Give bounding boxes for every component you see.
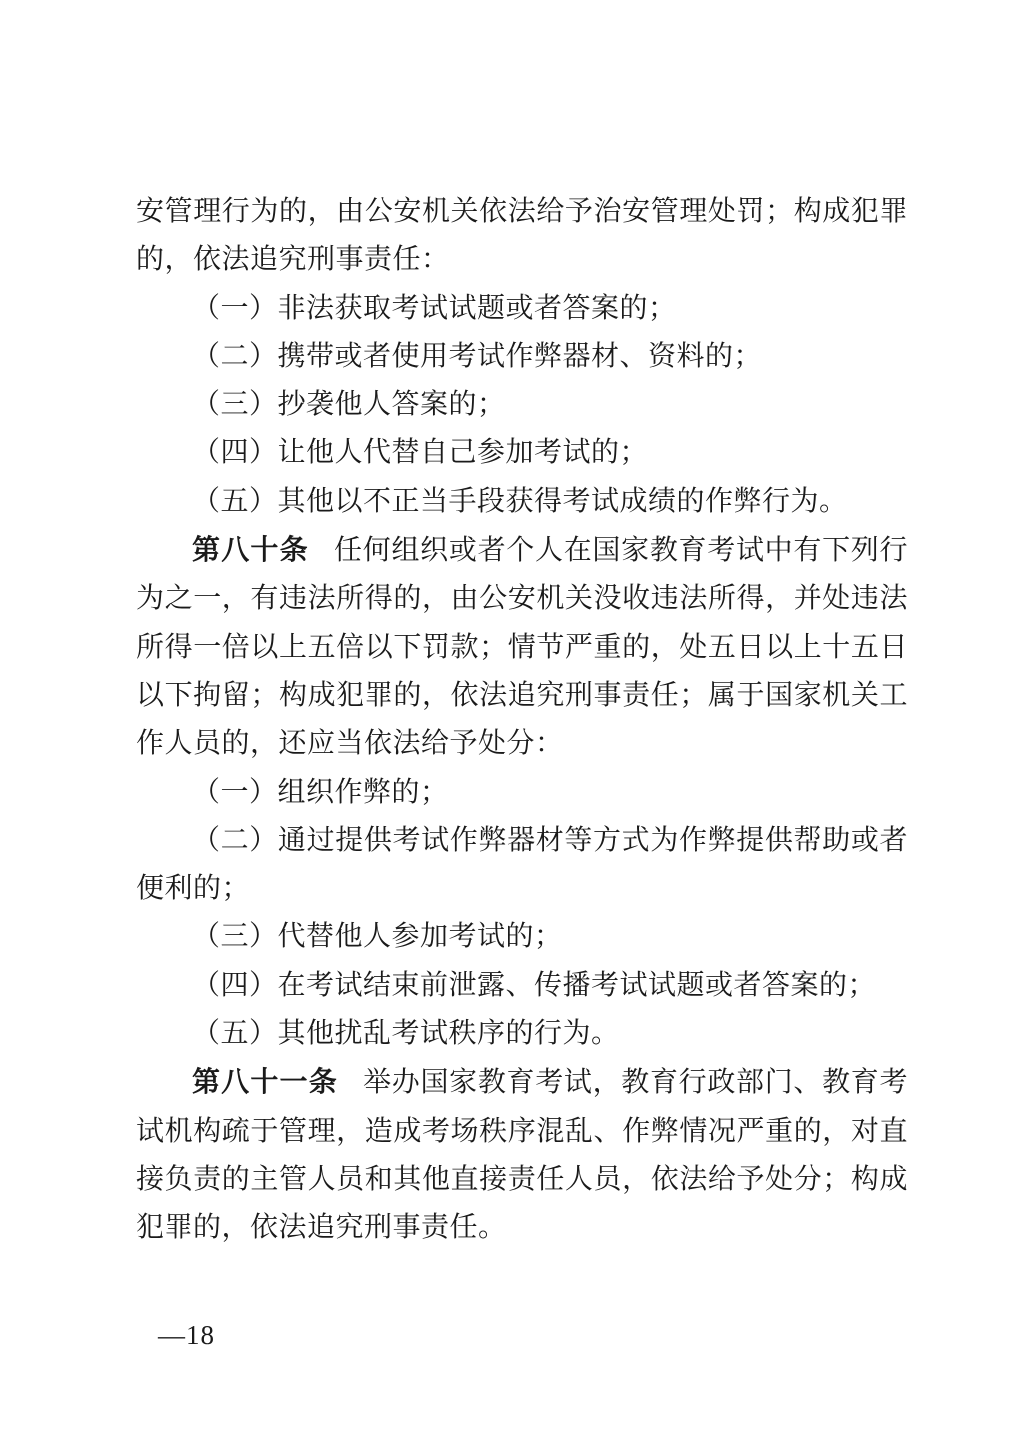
article-81-paragraph: 第八十一条举办国家教育考试，教育行政部门、教育考试机构疏于管理，造成考场秩序混乱… <box>136 1058 908 1252</box>
list-item-4: （四）让他人代替自己参加考试的； <box>136 429 908 477</box>
paragraph-text: （二）通过提供考试作弊器材等方式为作弊提供帮助或者便利的； <box>136 825 908 904</box>
article-80-paragraph: 第八十条任何组织或者个人在国家教育考试中有下列行为之一，有违法所得的，由公安机关… <box>136 526 908 768</box>
list-item-3: （三）抄袭他人答案的； <box>136 381 908 429</box>
page-number: —18 <box>158 1320 215 1351</box>
paragraph-text: （四）在考试结束前泄露、传播考试试题或者答案的； <box>192 970 876 1001</box>
list-item-5: （五）其他以不正当手段获得考试成绩的作弊行为。 <box>136 478 908 526</box>
list-item-2b: （二）通过提供考试作弊器材等方式为作弊提供帮助或者便利的； <box>136 817 908 914</box>
paragraph-text: （二）携带或者使用考试作弊器材、资料的； <box>192 341 762 372</box>
paragraph-text: （三）抄袭他人答案的； <box>192 389 506 420</box>
paragraph-text: （五）其他扰乱考试秩序的行为。 <box>192 1018 620 1049</box>
list-item-3b: （三）代替他人参加考试的； <box>136 913 908 961</box>
list-item-1: （一）非法获取考试试题或者答案的； <box>136 285 908 333</box>
list-item-1b: （一）组织作弊的； <box>136 769 908 817</box>
paragraph-continuation: 安管理行为的，由公安机关依法给予治安管理处罚；构成犯罪的，依法追究刑事责任： <box>136 188 908 285</box>
paragraph-text: （三）代替他人参加考试的； <box>192 921 563 952</box>
list-item-2: （二）携带或者使用考试作弊器材、资料的； <box>136 333 908 381</box>
paragraph-text: （五）其他以不正当手段获得考试成绩的作弊行为。 <box>192 486 848 517</box>
list-item-4b: （四）在考试结束前泄露、传播考试试题或者答案的； <box>136 962 908 1010</box>
article-number-81: 第八十一条 <box>192 1066 338 1097</box>
document-body: 安管理行为的，由公安机关依法给予治安管理处罚；构成犯罪的，依法追究刑事责任： （… <box>136 188 908 1253</box>
paragraph-text: 任何组织或者个人在国家教育考试中有下列行为之一，有违法所得的，由公安机关没收违法… <box>136 535 908 759</box>
list-item-5b: （五）其他扰乱考试秩序的行为。 <box>136 1010 908 1058</box>
paragraph-text: （一）组织作弊的； <box>192 777 449 808</box>
paragraph-text: （一）非法获取考试试题或者答案的； <box>192 293 677 324</box>
paragraph-text: （四）让他人代替自己参加考试的； <box>192 437 648 468</box>
paragraph-text: 安管理行为的，由公安机关依法给予治安管理处罚；构成犯罪的，依法追究刑事责任： <box>136 196 908 275</box>
article-number-80: 第八十条 <box>192 534 309 565</box>
document-page: { "document": { "language": "zh-CN", "pa… <box>0 0 1024 1450</box>
